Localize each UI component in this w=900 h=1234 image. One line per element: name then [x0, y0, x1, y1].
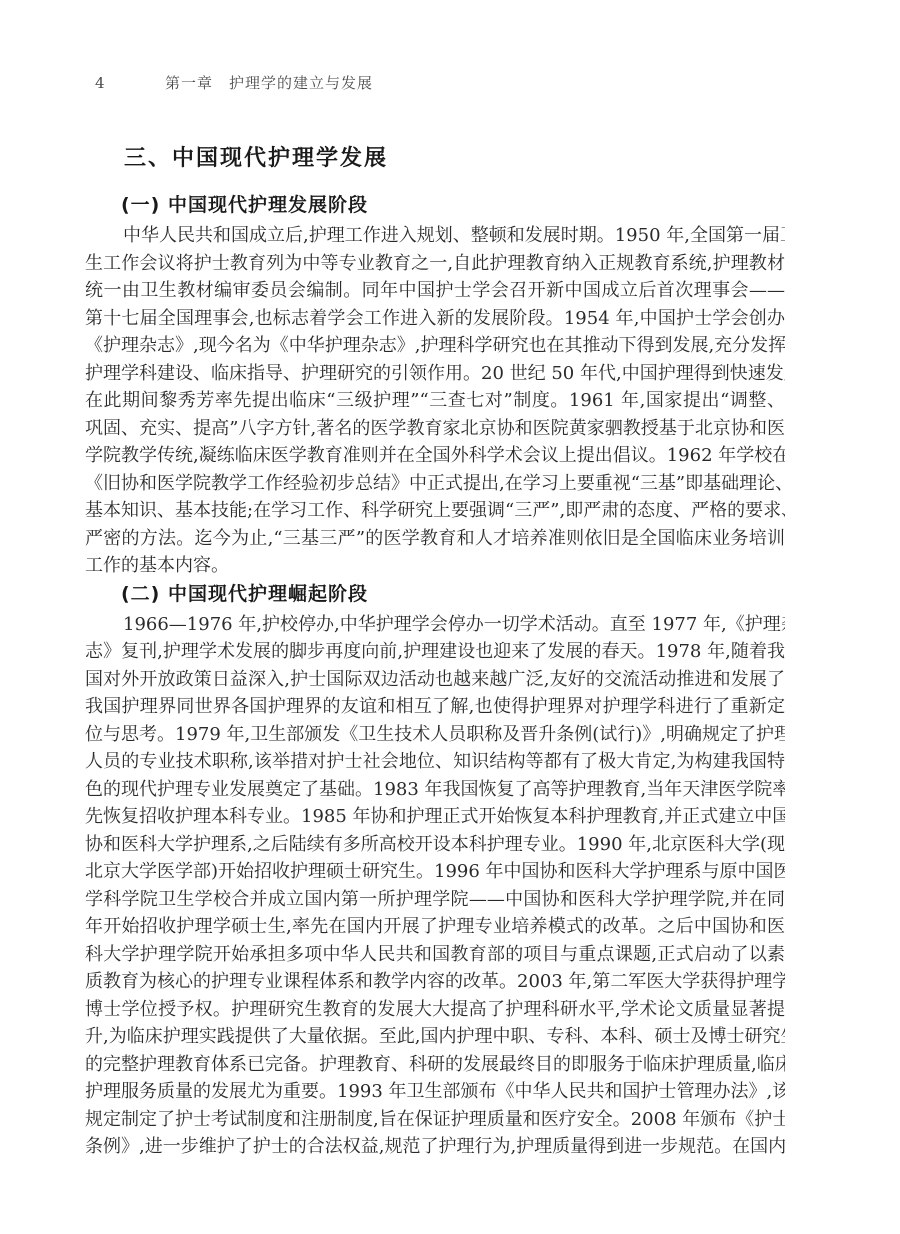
section-title: 三、中国现代护理学发展: [85, 146, 785, 172]
text-line: 质教育为核心的护理专业课程体系和教学内容的改革。2003 年,第二军医大学获得护…: [85, 968, 785, 996]
text-line: 中华人民共和国成立后,护理工作进入规划、整顿和发展时期。1950 年,全国第一届…: [85, 222, 785, 250]
text-line: 规定制定了护士考试制度和注册制度,旨在保证护理质量和医疗安全。2008 年颁布《…: [85, 1106, 785, 1134]
text-line: 在此期间黎秀芳率先提出临床“三级护理”“三查七对”制度。1961 年,国家提出“…: [85, 387, 785, 415]
text-line: 巩固、充实、提高”八字方针,著名的医学教育家北京协和医院黄家驷教授基于北京协和医: [85, 415, 785, 443]
text-line: 工作的基本内容。: [85, 552, 785, 580]
text-line: 升,为临床护理实践提供了大量依据。至此,国内护理中职、专科、本科、硕士及博士研究…: [85, 1023, 785, 1051]
text-line: 基本知识、基本技能;在学习工作、科学研究上要强调“三严”,即严肃的态度、严格的要…: [85, 497, 785, 525]
text-line: 科大学护理学院开始承担多项中华人民共和国教育部的项目与重点课题,正式启动了以素: [85, 941, 785, 969]
text-line: 严密的方法。迄今为止,“三基三严”的医学教育和人才培养准则依旧是全国临床业务培训: [85, 525, 785, 553]
text-line: 先恢复招收护理本科专业。1985 年协和护理正式开始恢复本科护理教育,并正式建立…: [85, 803, 785, 831]
chapter-title: 第一章 护理学的建立与发展: [165, 73, 373, 93]
text-line: 协和医科大学护理系,之后陆续有多所高校开设本科护理专业。1990 年,北京医科大…: [85, 831, 785, 859]
text-line: 统一由卫生教材编审委员会编制。同年中国护士学会召开新中国成立后首次理事会——: [85, 277, 785, 305]
text-line: 国对外开放政策日益深入,护士国际双边活动也越来越广泛,友好的交流活动推进和发展了: [85, 666, 785, 694]
subsection-title: (一) 中国现代护理发展阶段: [85, 193, 785, 218]
subsection-title: (二) 中国现代护理崛起阶段: [85, 582, 785, 607]
text-line: 条例》,进一步维护了护士的合法权益,规范了护理行为,护理质量得到进一步规范。在国…: [85, 1133, 785, 1161]
paragraph: 中华人民共和国成立后,护理工作进入规划、整顿和发展时期。1950 年,全国第一届…: [85, 222, 785, 580]
text-line: 《旧协和医学院教学工作经验初步总结》中正式提出,在学习上要重视“三基”即基础理论…: [85, 470, 785, 498]
text-line: 北京大学医学部)开始招收护理硕士研究生。1996 年中国协和医科大学护理系与原中…: [85, 858, 785, 886]
page-content: 三、中国现代护理学发展 (一) 中国现代护理发展阶段中华人民共和国成立后,护理工…: [85, 146, 785, 1163]
text-line: 人员的专业技术职称,该举措对护士社会地位、知识结构等都有了极大肯定,为构建我国特: [85, 748, 785, 776]
text-line: 年开始招收护理学硕士生,率先在国内开展了护理专业培养模式的改革。之后中国协和医: [85, 913, 785, 941]
text-line: 护理服务质量的发展尤为重要。1993 年卫生部颁布《中华人民共和国护士管理办法》…: [85, 1078, 785, 1106]
text-line: 色的现代护理专业发展奠定了基础。1983 年我国恢复了高等护理教育,当年天津医学…: [85, 776, 785, 804]
text-line: 护理学科建设、临床指导、护理研究的引领作用。20 世纪 50 年代,中国护理得到…: [85, 360, 785, 388]
text-line: 生工作会议将护士教育列为中等专业教育之一,自此护理教育纳入正规教育系统,护理教材: [85, 250, 785, 278]
text-line: 学科学院卫生学校合并成立国内第一所护理学院——中国协和医科大学护理学院,并在同: [85, 886, 785, 914]
text-line: 志》复刊,护理学术发展的脚步再度向前,护理建设也迎来了发展的春天。1978 年,…: [85, 638, 785, 666]
text-line: 我国护理界同世界各国护理界的友谊和相互了解,也使得护理界对护理学科进行了重新定: [85, 693, 785, 721]
text-line: 第十七届全国理事会,也标志着学会工作进入新的发展阶段。1954 年,中国护士学会…: [85, 305, 785, 333]
text-line: 1966—1976 年,护校停办,中华护理学会停办一切学术活动。直至 1977 …: [85, 611, 785, 639]
text-line: 《护理杂志》,现今名为《中华护理杂志》,护理科学研究也在其推动下得到发展,充分发…: [85, 332, 785, 360]
page-header: 4 第一章 护理学的建立与发展: [0, 73, 900, 93]
book-page: 4 第一章 护理学的建立与发展 三、中国现代护理学发展 (一) 中国现代护理发展…: [0, 0, 900, 1234]
subsections: (一) 中国现代护理发展阶段中华人民共和国成立后,护理工作进入规划、整顿和发展时…: [85, 193, 785, 1161]
text-line: 位与思考。1979 年,卫生部颁发《卫生技术人员职称及晋升条例(试行)》,明确规…: [85, 721, 785, 749]
text-line: 博士学位授予权。护理研究生教育的发展大大提高了护理科研水平,学术论文质量显著提: [85, 996, 785, 1024]
text-line: 的完整护理教育体系已完备。护理教育、科研的发展最终目的即服务于临床护理质量,临床: [85, 1051, 785, 1079]
page-number: 4: [95, 73, 105, 93]
text-line: 学院教学传统,凝练临床医学教育准则并在全国外科学术会议上提出倡议。1962 年学…: [85, 442, 785, 470]
paragraph: 1966—1976 年,护校停办,中华护理学会停办一切学术活动。直至 1977 …: [85, 611, 785, 1161]
